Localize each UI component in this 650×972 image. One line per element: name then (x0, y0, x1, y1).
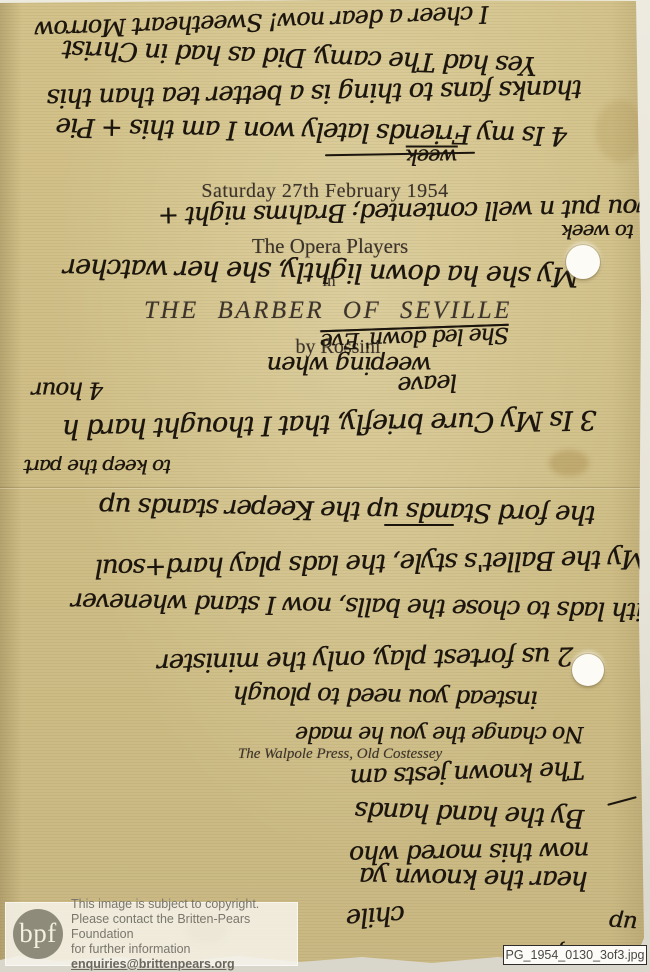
copyright-line-1: This image is subject to copyright. (71, 897, 293, 912)
handwriting-line: hear the known ya (360, 863, 588, 893)
filename-label: PG_1954_0130_3of3.jpg (503, 945, 647, 965)
handwriting-line: No change the you he made (296, 722, 583, 744)
ink-stroke (384, 524, 454, 526)
copyright-line-3: for further information (71, 942, 293, 957)
handwriting-line: 4 hour (33, 378, 103, 401)
handwriting-line: to week (562, 222, 634, 242)
handwriting-line: week (406, 146, 458, 167)
copyright-watermark: bpf This image is subject to copyright. … (5, 902, 298, 966)
handwriting-line: 2 us fortest play, only the minister (158, 642, 574, 675)
handwriting-line: to keep the part (25, 457, 172, 477)
bpf-logo: bpf (13, 909, 63, 959)
handwriting-line: By the hand hands (355, 797, 585, 831)
paper-crease (0, 487, 650, 489)
scanned-document-photo: Saturday 27th February 1954 The Opera Pl… (0, 0, 650, 972)
handwriting-line: The known jests am (351, 757, 586, 790)
bpf-logo-text: bpf (19, 918, 57, 949)
handwriting-line: chile (346, 901, 406, 931)
handwriting-line: leave (398, 370, 458, 397)
program-page: Saturday 27th February 1954 The Opera Pl… (0, 0, 650, 972)
handwriting-line: up (609, 910, 638, 935)
contact-email: enquiries@brittenpears.org (71, 957, 293, 972)
copyright-line-2: Please contact the Britten-Pears Foundat… (71, 912, 293, 942)
handwriting-line: instead you need to plough (234, 682, 538, 711)
program-opera-title: THE BARBER OF SEVILLE (144, 297, 512, 325)
paper-stain (596, 100, 644, 162)
punch-hole-top (566, 245, 600, 279)
paper-stain (549, 450, 589, 476)
handwriting-line: She led down' Eve (321, 323, 510, 352)
punch-hole-bottom (572, 654, 604, 686)
copyright-text-block: This image is subject to copyright. Plea… (71, 897, 293, 972)
